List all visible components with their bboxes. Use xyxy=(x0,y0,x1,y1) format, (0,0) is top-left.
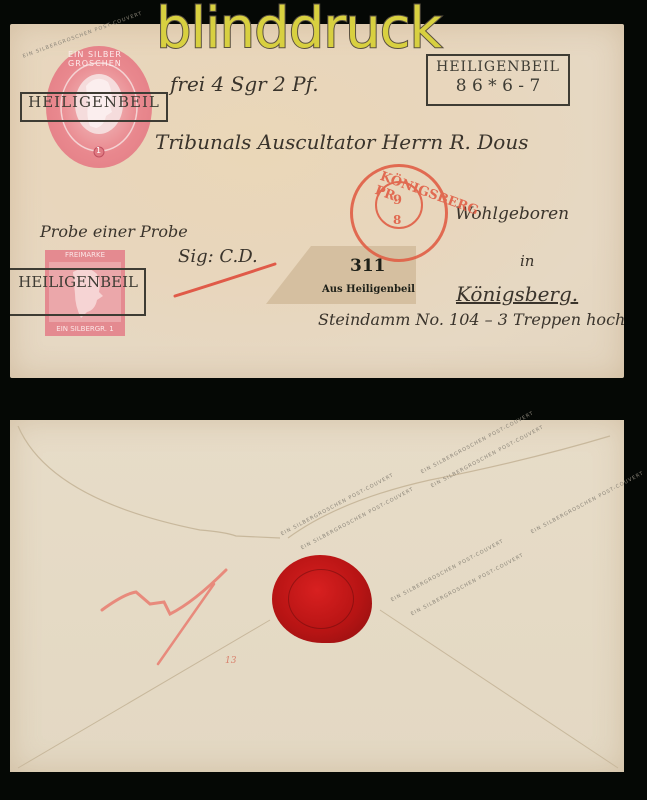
envelope-front: EIN SILBERGROSCHEN POST-COUVERT EIN SILB… xyxy=(10,24,624,378)
red-crayon-mark xyxy=(94,564,244,674)
heiligenbeil-cancel-stamp: HEILIGENBEIL xyxy=(10,268,146,316)
heiligenbeil-cancel-indicium: HEILIGENBEIL xyxy=(20,92,168,122)
heiligenbeil-cancel-top: HEILIGENBEIL 8 6 * 6 - 7 xyxy=(426,54,570,106)
registration-number: 311 xyxy=(350,256,386,276)
watermark-title: blinddruck xyxy=(156,0,441,58)
postmark-day: 9 xyxy=(393,193,402,208)
address-street: Steindamm No. 104 – 3 Treppen hoch xyxy=(318,310,625,329)
address-line-3: in xyxy=(520,252,534,270)
small-note: 13 xyxy=(225,656,236,666)
indicium-text: EIN SILBER GROSCHEN xyxy=(68,50,152,68)
address-city: Königsberg. xyxy=(456,282,578,306)
konigsberg-postmark: KÖNIGSBERG PR. 9 8 xyxy=(350,164,448,262)
postmark-month: 8 xyxy=(393,213,401,227)
stamp-top-text: FREIMARKE xyxy=(45,251,125,259)
indicium-value: 1 xyxy=(96,146,101,155)
registration-origin: Aus Heiligenbeil xyxy=(322,284,415,295)
address-line-1: Tribunals Auscultator Herrn R. Dous xyxy=(155,130,528,154)
stamp-cancel-town: HEILIGENBEIL xyxy=(10,274,138,291)
sender-note: Probe einer Probe xyxy=(40,222,188,241)
stamp-bottom-text: EIN SILBERGR. 1 xyxy=(45,325,125,333)
postage-note: frei 4 Sgr 2 Pf. xyxy=(170,72,319,96)
seal-impression xyxy=(288,569,354,629)
cancel-town: HEILIGENBEIL xyxy=(428,60,568,75)
red-pencil-stroke xyxy=(170,260,290,300)
cancel-date: 8 6 * 6 - 7 xyxy=(428,77,568,96)
